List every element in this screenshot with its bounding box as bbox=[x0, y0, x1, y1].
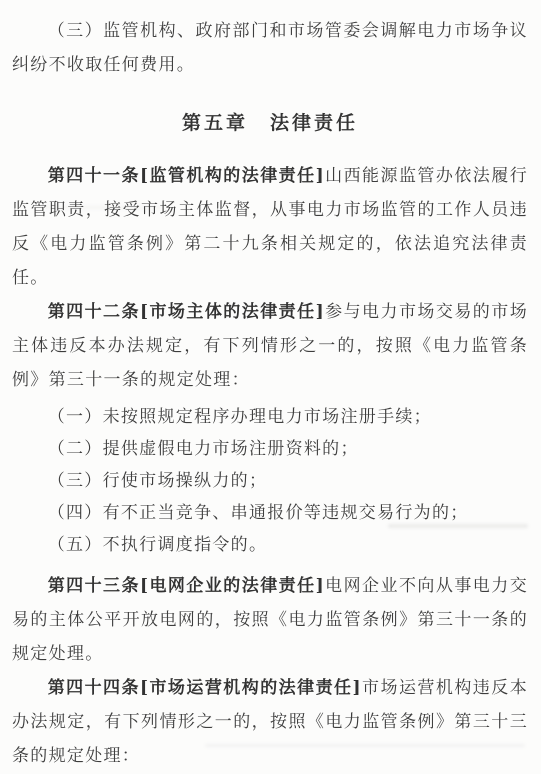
article-43-paragraph: 第四十三条[电网企业的法律责任]电网企业不向从事电力交易的主体公平开放电网的，按… bbox=[12, 569, 528, 671]
list-item-4: （四）有不正当竞争、串通报价等违规交易行为的； bbox=[12, 497, 528, 529]
list-item-1: （一）未按照规定程序办理电力市场注册手续； bbox=[12, 401, 528, 433]
article-41-paragraph: 第四十一条[监管机构的法律责任]山西能源监管办依法履行监管职责，接受市场主体监督… bbox=[12, 159, 528, 295]
chapter-heading: 第五章 法律责任 bbox=[12, 108, 528, 135]
list-item-5: （五）不执行调度指令的。 bbox=[12, 529, 528, 561]
article-44-paragraph: 第四十四条[市场运营机构的法律责任]市场运营机构违反本办法规定，有下列情形之一的… bbox=[12, 671, 528, 773]
list-item-2: （二）提供虚假电力市场注册资料的； bbox=[12, 433, 528, 465]
article-42-item-list: （一）未按照规定程序办理电力市场注册手续； （二）提供虚假电力市场注册资料的； … bbox=[12, 401, 528, 561]
clause-item-3: （三）监管机构、政府部门和市场管委会调解电力市场争议纠纷不收取任何费用。 bbox=[12, 14, 528, 82]
article-42-paragraph: 第四十二条[市场主体的法律责任]参与电力市场交易的市场主体违反本办法规定，有下列… bbox=[12, 295, 528, 397]
article-42-title: 第四十二条[市场主体的法律责任] bbox=[48, 302, 325, 322]
article-41-title: 第四十一条[监管机构的法律责任] bbox=[48, 166, 325, 186]
scanned-document-page: （三）监管机构、政府部门和市场管委会调解电力市场争议纠纷不收取任何费用。 第五章… bbox=[0, 0, 541, 774]
article-44-title: 第四十四条[市场运营机构的法律责任] bbox=[48, 678, 362, 698]
article-43-title: 第四十三条[电网企业的法律责任] bbox=[48, 576, 325, 596]
list-item-3: （三）行使市场操纵力的； bbox=[12, 465, 528, 497]
